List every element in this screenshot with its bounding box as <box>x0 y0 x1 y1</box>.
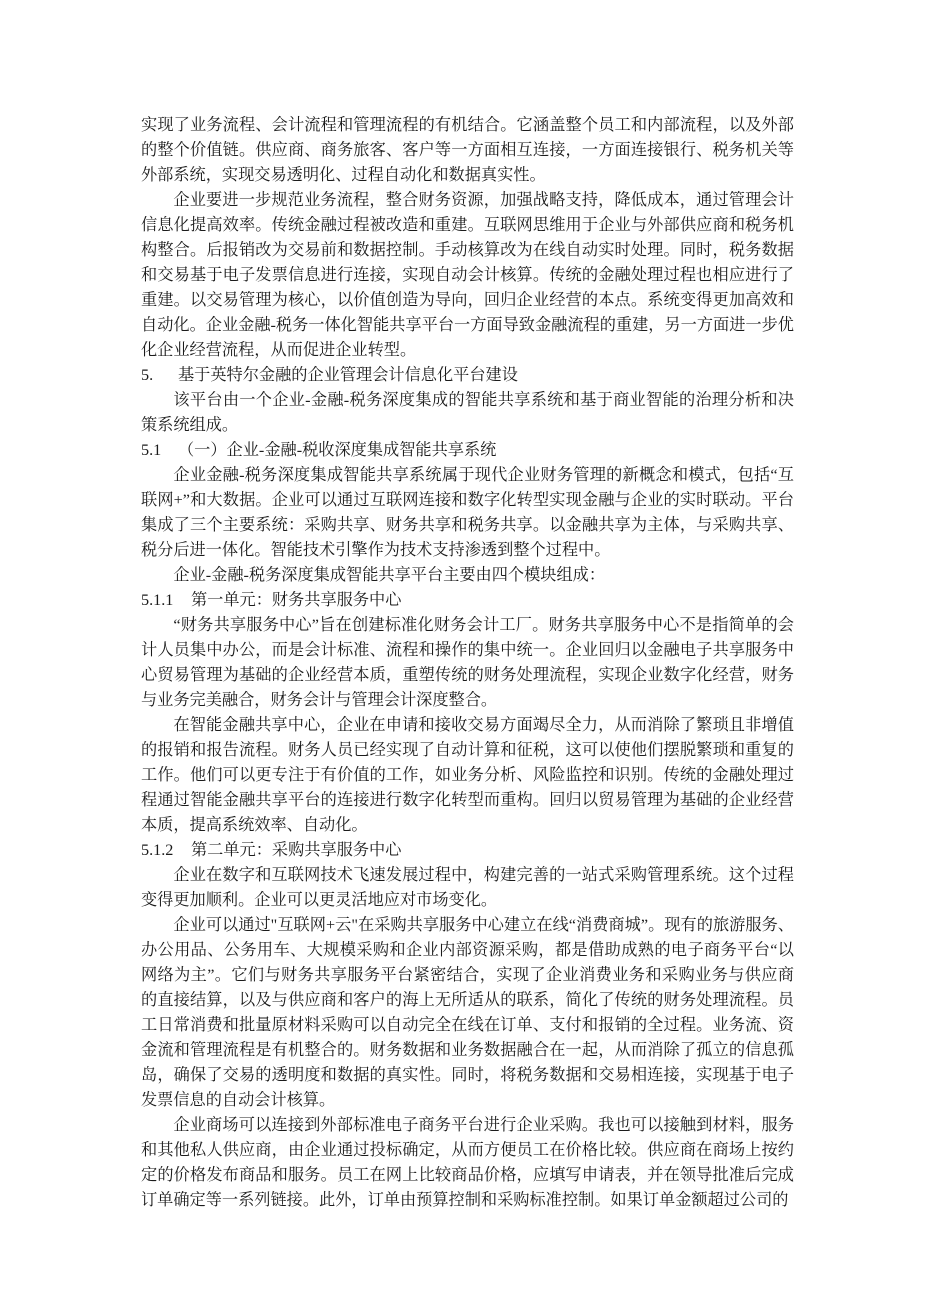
paragraph: 在智能金融共享中心，企业在申请和接收交易方面竭尽全力，从而消除了繁琐且非增值的报… <box>141 713 794 838</box>
paragraph-continuation: 实现了业务流程、会计流程和管理流程的有机结合。它涵盖整个员工和内部流程，以及外部… <box>141 113 794 188</box>
section-title: 基于英特尔金融的企业管理会计信息化平台建设 <box>178 366 518 384</box>
paragraph: “财务共享服务中心”旨在创建标准化财务会计工厂。财务共享服务中心不是指简单的会计… <box>141 613 794 713</box>
section-number: 5.1.1 <box>141 588 191 613</box>
section-heading-5-1-2: 5.1.2第二单元：采购共享服务中心 <box>141 838 794 863</box>
section-heading-5-1-1: 5.1.1第一单元：财务共享服务中心 <box>141 588 794 613</box>
section-number: 5. <box>141 363 178 388</box>
section-number: 5.1.2 <box>141 838 191 863</box>
paragraph: 企业在数字和互联网技术飞速发展过程中，构建完善的一站式采购管理系统。这个过程变得… <box>141 863 794 913</box>
paragraph: 企业-金融-税务深度集成智能共享平台主要由四个模块组成： <box>141 563 794 588</box>
paragraph: 企业可以通过"互联网+云"在采购共享服务中心建立在线“消费商城”。现有的旅游服务… <box>141 913 794 1113</box>
section-heading-5-1: 5.1（一）企业-金融-税收深度集成智能共享系统 <box>141 438 794 463</box>
paragraph: 企业要进一步规范业务流程，整合财务资源，加强战略支持，降低成本，通过管理会计信息… <box>141 188 794 363</box>
document-page: 实现了业务流程、会计流程和管理流程的有机结合。它涵盖整个员工和内部流程，以及外部… <box>0 0 926 1309</box>
section-title: （一）企业-金融-税收深度集成智能共享系统 <box>178 441 496 459</box>
paragraph: 企业金融-税务深度集成智能共享系统属于现代企业财务管理的新概念和模式，包括“互联… <box>141 463 794 563</box>
section-number: 5.1 <box>141 438 178 463</box>
section-title: 第二单元：采购共享服务中心 <box>191 841 401 859</box>
paragraph: 企业商场可以连接到外部标准电子商务平台进行企业采购。我也可以接触到材料，服务和其… <box>141 1113 794 1213</box>
paragraph: 该平台由一个企业-金融-税务深度集成的智能共享系统和基于商业智能的治理分析和决策… <box>141 388 794 438</box>
section-heading-5: 5.基于英特尔金融的企业管理会计信息化平台建设 <box>141 363 794 388</box>
section-title: 第一单元：财务共享服务中心 <box>191 591 401 609</box>
